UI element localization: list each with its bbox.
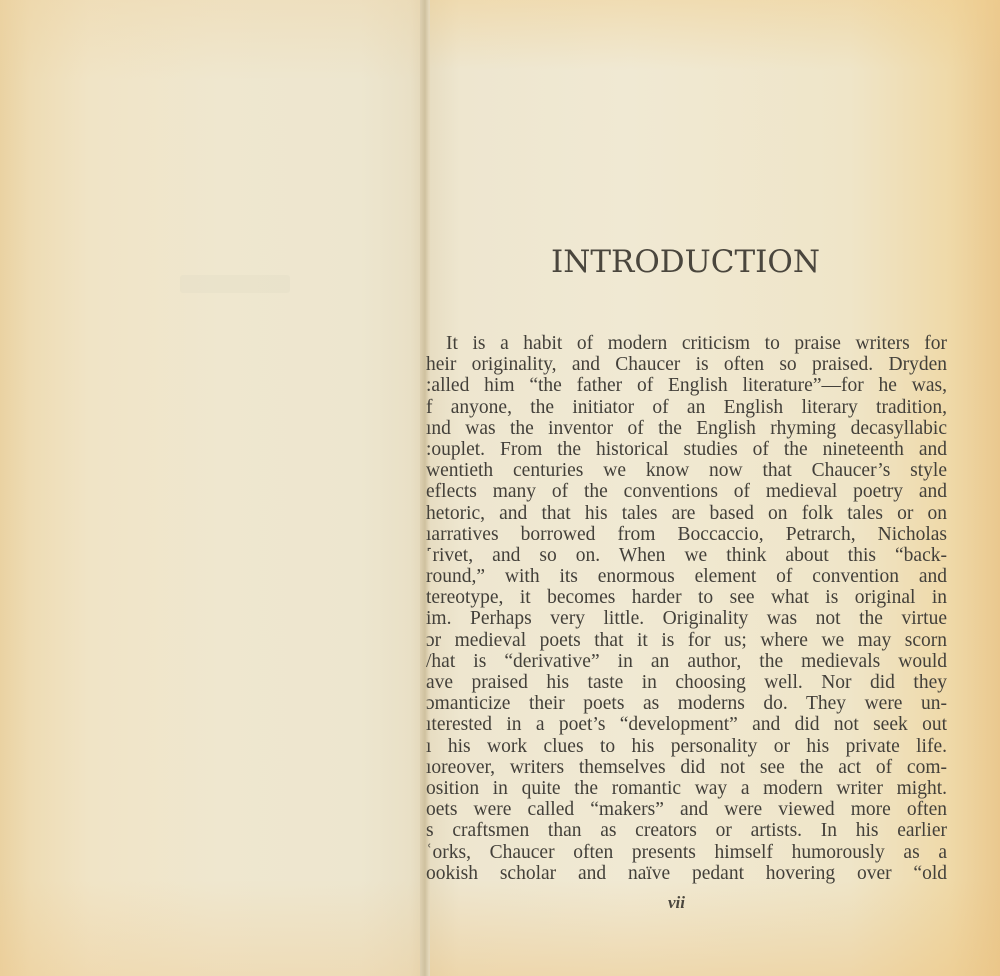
text-line: im. Perhaps very little. Originality was… [426,608,947,629]
text-line: ʿorks, Chaucer often presents himself hu… [426,842,947,863]
text-line: ɔmanticize their poets as moderns do. Th… [426,693,947,714]
text-line: It is a habit of modern criticism to pra… [426,333,947,354]
page-number: vii [668,893,685,913]
chapter-title: INTRODUCTION [551,244,831,280]
body-paragraph: It is a habit of modern criticism to pra… [426,333,947,884]
open-book-spread: INTRODUCTION It is a habit of modern cri… [0,0,1000,976]
text-line: wentieth centuries we know now that Chau… [426,460,947,481]
text-line: ɔr medieval poets that it is for us; whe… [426,630,947,651]
text-line: :ouplet. From the historical studies of … [426,439,947,460]
text-line: tereotype, it becomes harder to see what… [426,587,947,608]
text-line: /hat is “derivative” in an author, the m… [426,651,947,672]
text-line: oets were called “makers” and were viewe… [426,799,947,820]
text-line: hetoric, and that his tales are based on… [426,503,947,524]
text-line: ıoreover, writers themselves did not see… [426,757,947,778]
text-line: ookish scholar and naïve pedant hovering… [426,863,947,884]
left-page-blank [0,0,425,976]
text-line: heir originality, and Chaucer is often s… [426,354,947,375]
text-line: s craftsmen than as creators or artists.… [426,820,947,841]
text-line: :alled him “the father of English litera… [426,375,947,396]
text-line: ave praised his taste in choosing well. … [426,672,947,693]
text-line: f anyone, the initiator of an English li… [426,397,947,418]
text-line: ıterested in a poet’s “development” and … [426,714,947,735]
text-line: ınd was the inventor of the English rhym… [426,418,947,439]
text-line: round,” with its enormous element of con… [426,566,947,587]
text-line: osition in quite the romantic way a mode… [426,778,947,799]
text-line: ıarratives borrowed from Boccaccio, Petr… [426,524,947,545]
text-line: ˹rivet, and so on. When we think about t… [426,545,947,566]
show-through-smudge [180,275,290,293]
text-line: ı his work clues to his personality or h… [426,736,947,757]
text-line: eflects many of the conventions of medie… [426,481,947,502]
